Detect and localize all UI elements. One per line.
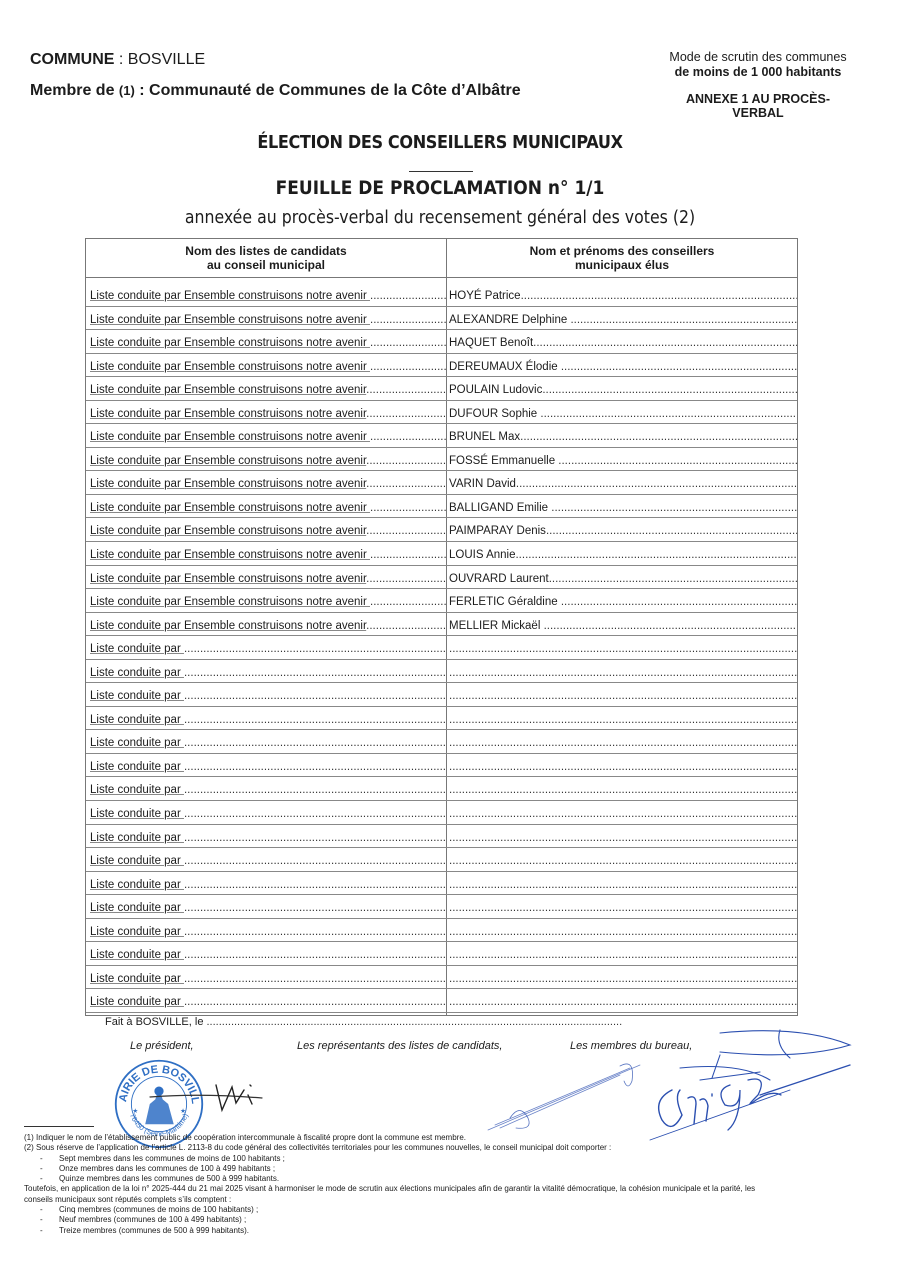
table-row: Liste conduite par Ensemble construisons… — [86, 568, 797, 592]
commune-label: COMMUNE — [30, 51, 114, 68]
date-field[interactable]: ........................................… — [207, 1016, 623, 1028]
row-underline — [86, 447, 797, 448]
footnote-item: -Quinze membres dans les communes de 500… — [24, 1174, 874, 1184]
fait-a-label: Fait à BOSVILLE, le — [105, 1016, 207, 1028]
col-header-elected-line1: Nom et prénoms des conseillers — [447, 244, 797, 258]
footnote-item: -Sept membres dans les communes de moins… — [24, 1154, 874, 1164]
list-name: Liste conduite par Ensemble construisons… — [90, 478, 366, 490]
table-row: Liste conduite par — [86, 850, 797, 874]
table-row: Liste conduite par — [86, 827, 797, 851]
table-row: Liste conduite par — [86, 662, 797, 686]
toutefois-item: -Cinq membres (communes de moins de 100 … — [24, 1205, 874, 1215]
toutefois-list: -Cinq membres (communes de moins de 100 … — [24, 1205, 874, 1236]
elected-name: OUVRARD Laurent — [449, 573, 549, 585]
table-row: Liste conduite par — [86, 921, 797, 945]
table-body: Liste conduite par Ensemble construisons… — [86, 285, 797, 1015]
list-name: Liste conduite par — [90, 949, 184, 961]
row-underline — [86, 800, 797, 801]
row-underline — [86, 588, 797, 589]
table-row: Liste conduite par Ensemble construisons… — [86, 309, 797, 333]
table-row: Liste conduite par Ensemble construisons… — [86, 544, 797, 568]
col-header-lists-line2: au conseil municipal — [86, 258, 446, 272]
footnote-ref-1: (1) — [119, 83, 135, 98]
footnote-item: -Onze membres dans les communes de 100 à… — [24, 1164, 874, 1174]
dash-bullet-icon: - — [40, 1154, 59, 1164]
row-underline — [86, 706, 797, 707]
elected-name: ALEXANDRE Delphine — [449, 314, 570, 326]
list-name: Liste conduite par — [90, 667, 184, 679]
sheet-title: FEUILLE DE PROCLAMATION n° 1/1 — [35, 178, 845, 199]
elected-name: VARIN David — [449, 478, 516, 490]
list-name: Liste conduite par — [90, 855, 184, 867]
fait-a-line: Fait à BOSVILLE, le ....................… — [105, 1016, 622, 1028]
table-row: Liste conduite par — [86, 732, 797, 756]
row-underline — [86, 494, 797, 495]
elected-name: MELLIER Mickaël — [449, 620, 544, 632]
row-underline — [86, 894, 797, 895]
svg-text:★: ★ — [132, 1108, 138, 1115]
row-underline — [86, 517, 797, 518]
row-underline — [86, 824, 797, 825]
membres-label: Les membres du bureau, — [570, 1040, 692, 1052]
row-underline — [86, 965, 797, 966]
list-name: Liste conduite par Ensemble construisons… — [90, 361, 370, 373]
row-underline — [86, 847, 797, 848]
row-underline — [86, 306, 797, 307]
list-name: Liste conduite par — [90, 926, 184, 938]
list-name: Liste conduite par — [90, 973, 184, 985]
row-underline — [86, 871, 797, 872]
col-header-elected: Nom et prénoms des conseillers municipau… — [447, 239, 797, 277]
list-name: Liste conduite par Ensemble construisons… — [90, 408, 366, 420]
table-row: Liste conduite par — [86, 991, 797, 1015]
elected-name: DUFOUR Sophie — [449, 408, 540, 420]
table-row: Liste conduite par Ensemble construisons… — [86, 520, 797, 544]
president-label: Le président, — [130, 1040, 194, 1052]
table-row: Liste conduite par — [86, 897, 797, 921]
list-name: Liste conduite par Ensemble construisons… — [90, 549, 370, 561]
table-row: Liste conduite par Ensemble construisons… — [86, 332, 797, 356]
list-name: Liste conduite par — [90, 714, 184, 726]
table-row: Liste conduite par — [86, 874, 797, 898]
list-name: Liste conduite par Ensemble construisons… — [90, 525, 366, 537]
dash-bullet-icon: - — [40, 1215, 59, 1225]
list-name: Liste conduite par Ensemble construisons… — [90, 431, 370, 443]
toutefois-item-text: Treize membres (communes de 500 à 999 ha… — [59, 1226, 249, 1235]
commune-line: COMMUNE : BOSVILLE — [30, 51, 205, 69]
row-underline — [86, 541, 797, 542]
list-name: Liste conduite par Ensemble construisons… — [90, 337, 370, 349]
list-name: Liste conduite par Ensemble construisons… — [90, 620, 366, 632]
elected-name: DEREUMAUX Élodie — [449, 361, 561, 373]
toutefois-item-text: Cinq membres (communes de moins de 100 h… — [59, 1205, 258, 1214]
footnote-2: (2) Sous réserve de l’application de l’a… — [24, 1143, 874, 1153]
row-underline — [86, 659, 797, 660]
row-underline — [86, 682, 797, 683]
elected-name: HOYÉ Patrice — [449, 290, 521, 302]
table-row: Liste conduite par Ensemble construisons… — [86, 450, 797, 474]
row-underline — [86, 776, 797, 777]
representants-label: Les représentants des listes de candidat… — [297, 1040, 502, 1052]
title-divider — [409, 171, 473, 172]
row-underline — [86, 612, 797, 613]
row-underline — [86, 329, 797, 330]
toutefois-line2: conseils municipaux sont réputés complet… — [24, 1195, 874, 1205]
table-row: Liste conduite par Ensemble construisons… — [86, 473, 797, 497]
row-underline — [86, 988, 797, 989]
col-header-lists-line1: Nom des listes de candidats — [86, 244, 446, 258]
elected-name: LOUIS Annie — [449, 549, 515, 561]
list-name: Liste conduite par — [90, 996, 184, 1008]
list-name: Liste conduite par — [90, 761, 184, 773]
footnote-item-text: Sept membres dans les communes de moins … — [59, 1154, 285, 1163]
list-name: Liste conduite par — [90, 690, 184, 702]
toutefois-item: -Neuf membres (communes de 100 à 499 hab… — [24, 1215, 874, 1225]
list-name: Liste conduite par — [90, 879, 184, 891]
row-underline — [86, 1012, 797, 1013]
elected-name: BRUNEL Max — [449, 431, 520, 443]
membre-value: : Communauté de Communes de la Côte d’Al… — [135, 82, 521, 99]
row-underline — [86, 918, 797, 919]
table-row: Liste conduite par Ensemble construisons… — [86, 356, 797, 380]
scrutin-mode: Mode de scrutin des communes de moins de… — [640, 50, 876, 80]
proclamation-table: Nom des listes de candidats au conseil m… — [85, 238, 798, 1016]
list-name: Liste conduite par Ensemble construisons… — [90, 596, 370, 608]
sheet-subtitle: annexée au procès-verbal du recensement … — [44, 208, 836, 228]
toutefois-item-text: Neuf membres (communes de 100 à 499 habi… — [59, 1215, 246, 1224]
main-title: ÉLECTION DES CONSEILLERS MUNICIPAUX — [35, 133, 845, 153]
elected-name: FOSSÉ Emmanuelle — [449, 455, 558, 467]
dash-bullet-icon: - — [40, 1205, 59, 1215]
row-underline — [86, 376, 797, 377]
table-row: Liste conduite par Ensemble construisons… — [86, 403, 797, 427]
commune-value: : BOSVILLE — [114, 51, 205, 68]
list-name: Liste conduite par — [90, 643, 184, 655]
dash-bullet-icon: - — [40, 1164, 59, 1174]
list-name: Liste conduite par Ensemble construisons… — [90, 455, 366, 467]
footnotes: (1) Indiquer le nom de l’établissement p… — [24, 1133, 874, 1236]
list-name: Liste conduite par — [90, 902, 184, 914]
toutefois-line1: Toutefois, en application de la loi n° 2… — [24, 1184, 874, 1194]
row-underline — [86, 635, 797, 636]
table-row: Liste conduite par Ensemble construisons… — [86, 591, 797, 615]
footnote-item-text: Quinze membres dans les communes de 500 … — [59, 1174, 279, 1183]
row-underline — [86, 565, 797, 566]
annexe-label: ANNEXE 1 AU PROCÈS- VERBAL — [660, 92, 856, 120]
table-row: Liste conduite par — [86, 779, 797, 803]
row-underline — [86, 941, 797, 942]
elected-name: BALLIGAND Emilie — [449, 502, 551, 514]
list-name: Liste conduite par — [90, 737, 184, 749]
footnote-divider — [24, 1126, 94, 1127]
list-name: Liste conduite par Ensemble construisons… — [90, 573, 366, 585]
elected-name: POULAIN Ludovic — [449, 384, 542, 396]
table-row: Liste conduite par — [86, 944, 797, 968]
elected-name: FERLETIC Géraldine — [449, 596, 561, 608]
dash-bullet-icon: - — [40, 1174, 59, 1184]
col-header-lists: Nom des listes de candidats au conseil m… — [86, 239, 447, 277]
list-name: Liste conduite par — [90, 808, 184, 820]
elected-name: PAIMPARAY Denis — [449, 525, 546, 537]
dash-bullet-icon: - — [40, 1226, 59, 1236]
list-name: Liste conduite par Ensemble construisons… — [90, 290, 370, 302]
table-row: Liste conduite par Ensemble construisons… — [86, 379, 797, 403]
list-name: Liste conduite par — [90, 832, 184, 844]
row-underline — [86, 470, 797, 471]
list-name: Liste conduite par Ensemble construisons… — [90, 384, 366, 396]
footnote-2-list: -Sept membres dans les communes de moins… — [24, 1154, 874, 1185]
list-name: Liste conduite par Ensemble construisons… — [90, 502, 370, 514]
table-row: Liste conduite par — [86, 803, 797, 827]
membre-label: Membre de — [30, 82, 119, 99]
table-row: Liste conduite par Ensemble construisons… — [86, 426, 797, 450]
list-name: Liste conduite par Ensemble construisons… — [90, 314, 370, 326]
footnote-1: (1) Indiquer le nom de l’établissement p… — [24, 1133, 874, 1143]
mode-line1: Mode de scrutin des communes — [640, 50, 876, 65]
table-header: Nom des listes de candidats au conseil m… — [86, 239, 797, 278]
table-row: Liste conduite par Ensemble construisons… — [86, 285, 797, 309]
svg-text:★: ★ — [180, 1108, 186, 1115]
row-underline — [86, 729, 797, 730]
table-row: Liste conduite par Ensemble construisons… — [86, 615, 797, 639]
row-underline — [86, 753, 797, 754]
table-row: Liste conduite par — [86, 968, 797, 992]
table-row: Liste conduite par — [86, 685, 797, 709]
annexe-line1: ANNEXE 1 AU PROCÈS- — [660, 92, 856, 106]
table-row: Liste conduite par — [86, 709, 797, 733]
col-header-elected-line2: municipaux élus — [447, 258, 797, 272]
table-row: Liste conduite par — [86, 756, 797, 780]
annexe-line2: VERBAL — [660, 106, 856, 120]
toutefois-item: -Treize membres (communes de 500 à 999 h… — [24, 1226, 874, 1236]
elected-name: HAQUET Benoît — [449, 337, 533, 349]
table-row: Liste conduite par — [86, 638, 797, 662]
row-underline — [86, 400, 797, 401]
row-underline — [86, 353, 797, 354]
row-underline — [86, 423, 797, 424]
list-name: Liste conduite par — [90, 784, 184, 796]
table-row: Liste conduite par Ensemble construisons… — [86, 497, 797, 521]
footnote-item-text: Onze membres dans les communes de 100 à … — [59, 1164, 275, 1173]
membre-line: Membre de (1) : Communauté de Communes d… — [30, 82, 521, 100]
mode-line2: de moins de 1 000 habitants — [640, 65, 876, 80]
table-spacer — [86, 278, 797, 285]
